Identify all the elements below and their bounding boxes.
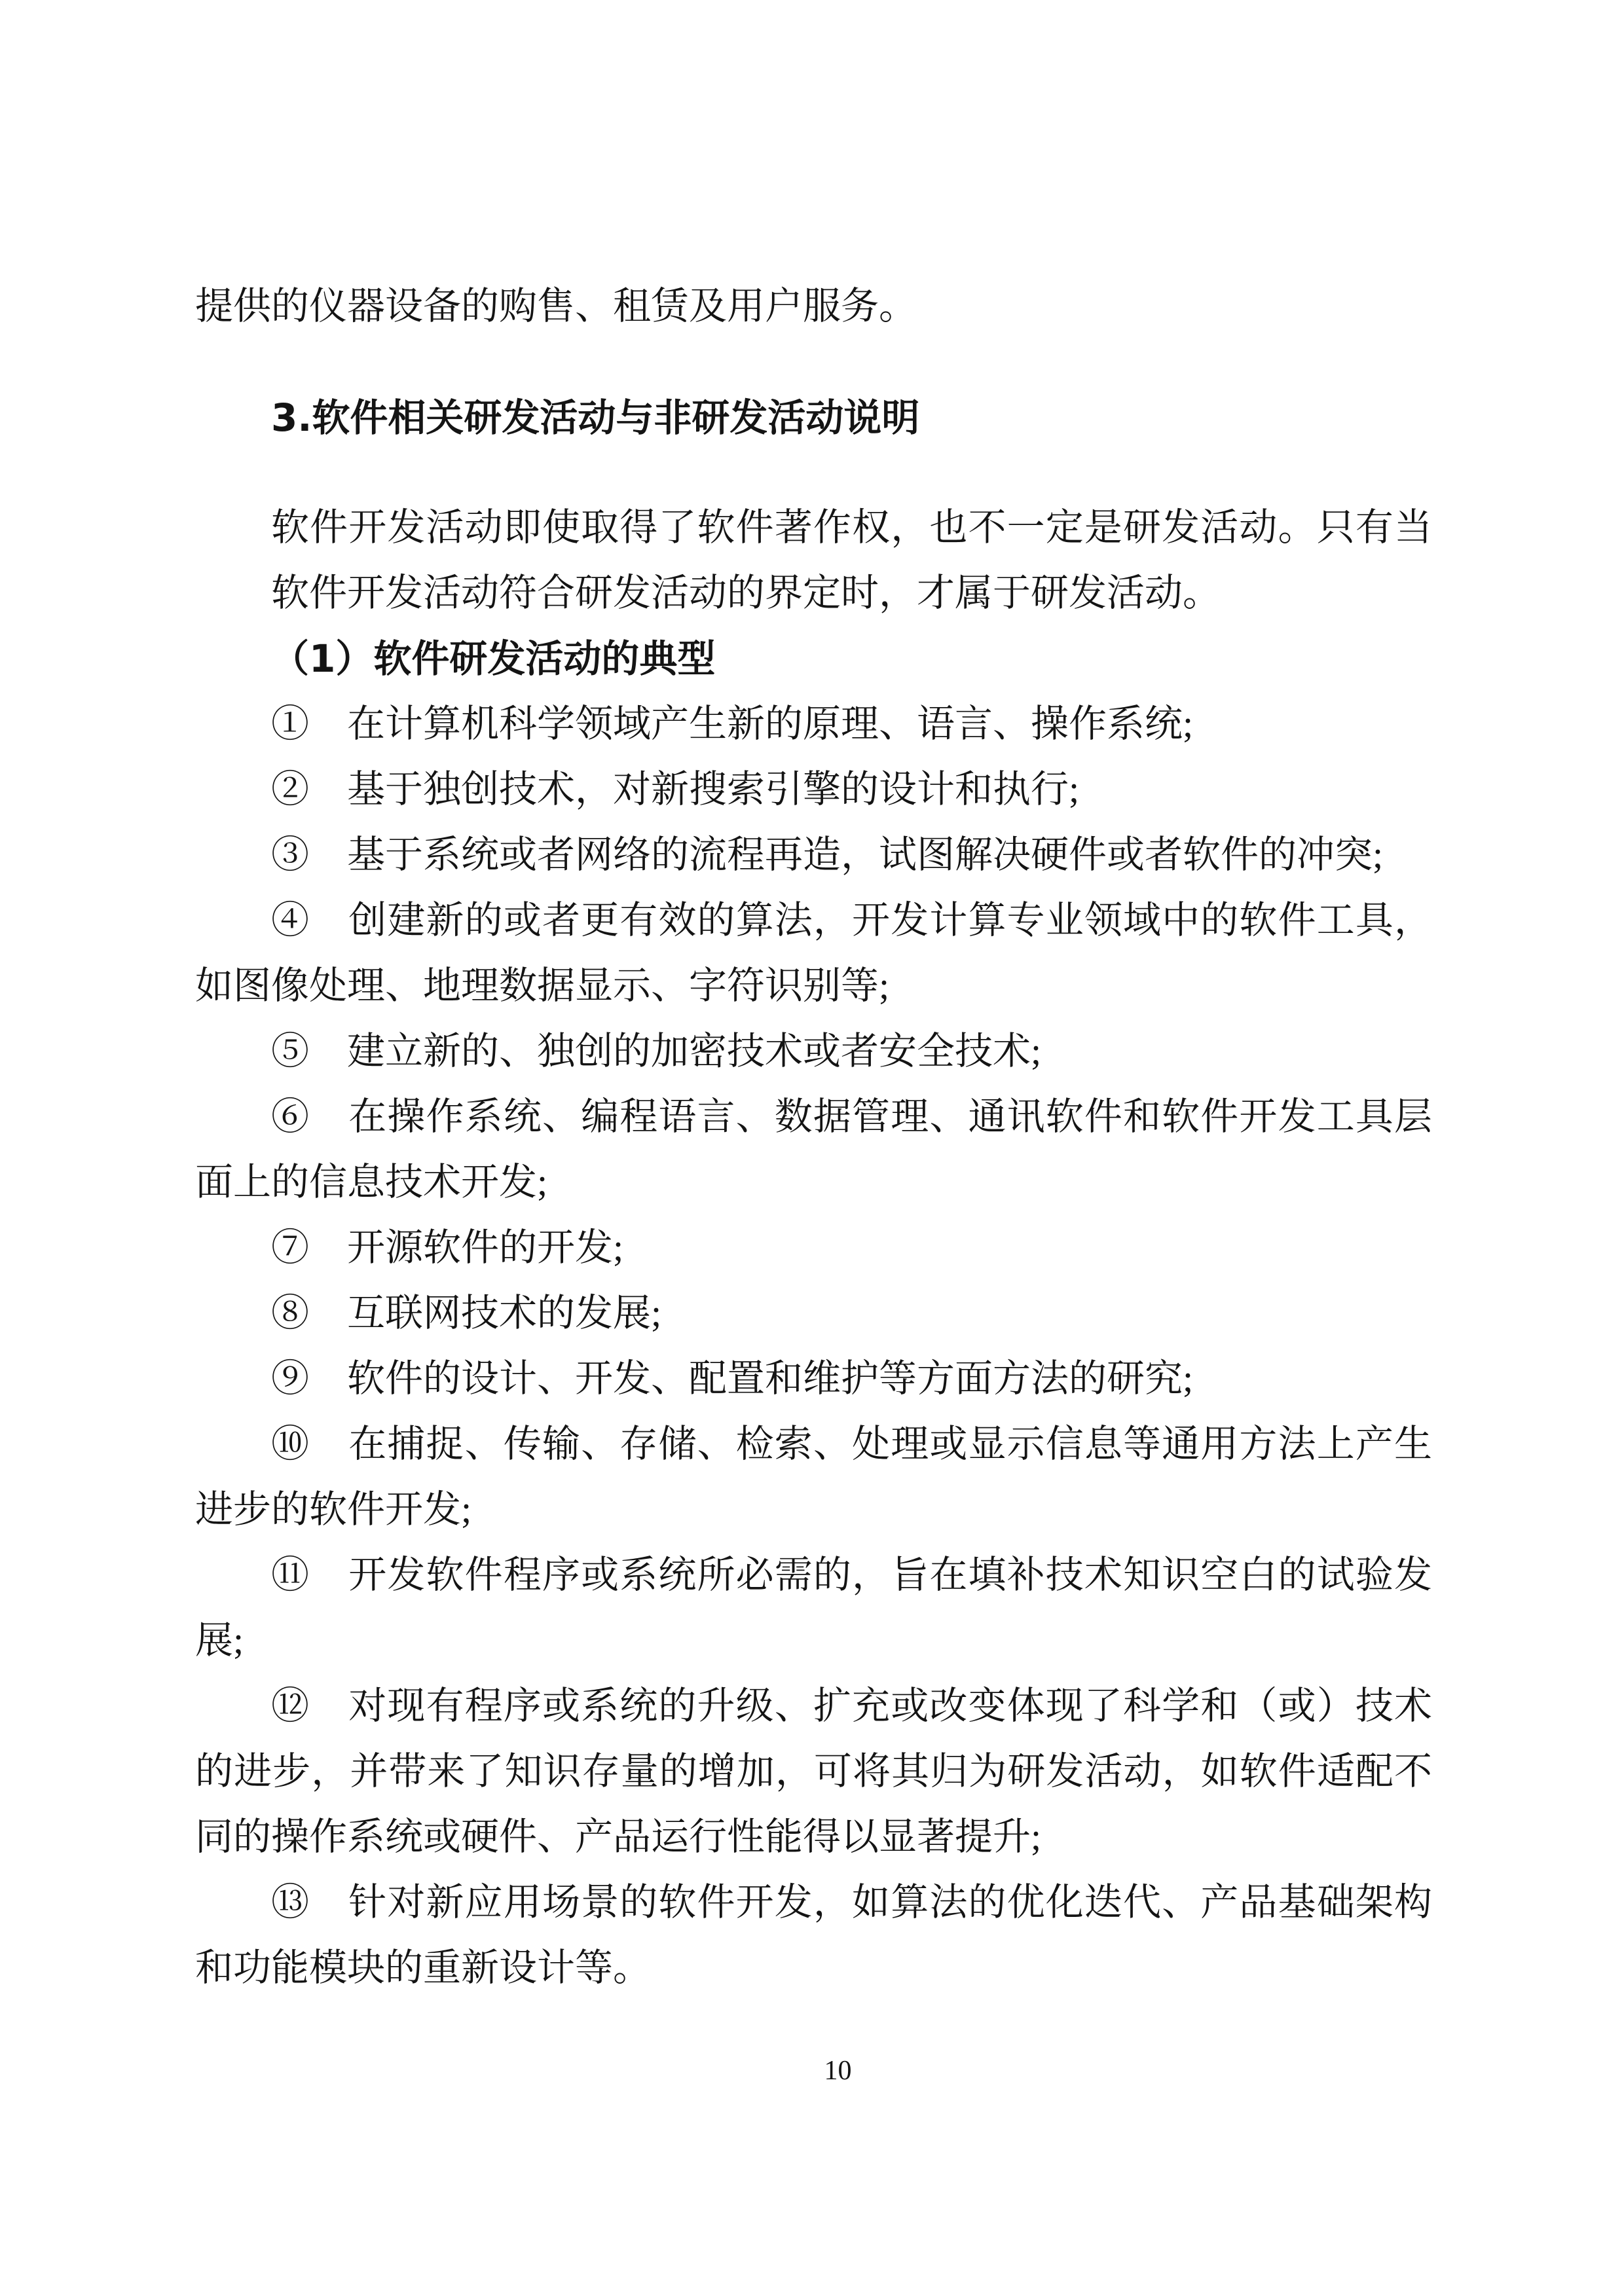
section-heading: 3.软件相关研发活动与非研发活动说明: [195, 385, 1432, 450]
list-item-5: ⑤ 建立新的、独创的加密技术或者安全技术;: [195, 1019, 1432, 1084]
list-item-4-cont: 如图像处理、地理数据显示、字符识别等;: [195, 953, 1432, 1019]
list-item-3: ③ 基于系统或者网络的流程再造，试图解决硬件或者软件的冲突;: [195, 822, 1432, 888]
list-item-6: ⑥ 在操作系统、编程语言、数据管理、通讯软件和软件开发工具层: [195, 1084, 1432, 1150]
list-item-10: ⑩ 在捕捉、传输、存储、检索、处理或显示信息等通用方法上产生: [195, 1412, 1432, 1477]
list-item-4: ④ 创建新的或者更有效的算法，开发计算专业领域中的软件工具，: [195, 888, 1432, 953]
list-item-7: ⑦ 开源软件的开发;: [195, 1215, 1432, 1281]
paragraph-line: 软件开发活动即使取得了软件著作权，也不一定是研发活动。只有当: [195, 495, 1432, 560]
list-item-2: ② 基于独创技术，对新搜索引擎的设计和执行;: [195, 757, 1432, 822]
document-page: 提供的仪器设备的购售、租赁及用户服务。 3.软件相关研发活动与非研发活动说明 软…: [0, 0, 1624, 2296]
document-body: 提供的仪器设备的购售、租赁及用户服务。 3.软件相关研发活动与非研发活动说明 软…: [195, 274, 1432, 2001]
paragraph-line: 软件开发活动符合研发活动的界定时，才属于研发活动。: [195, 560, 1432, 626]
list-item-12: ⑫ 对现有程序或系统的升级、扩充或改变体现了科学和（或）技术: [195, 1673, 1432, 1739]
list-item-11-cont: 展;: [195, 1608, 1432, 1673]
page-number: 10: [0, 2054, 1624, 2087]
list-item-13: ⑬ 针对新应用场景的软件开发，如算法的优化迭代、产品基础架构: [195, 1870, 1432, 1935]
list-item-12-cont: 的进步，并带来了知识存量的增加，可将其归为研发活动，如软件适配不: [195, 1739, 1432, 1804]
list-item-1: ① 在计算机科学领域产生新的原理、语言、操作系统;: [195, 691, 1432, 757]
list-item-9: ⑨ 软件的设计、开发、配置和维护等方面方法的研究;: [195, 1346, 1432, 1412]
list-item-8: ⑧ 互联网技术的发展;: [195, 1281, 1432, 1346]
list-item-12-cont2: 同的操作系统或硬件、产品运行性能得以显著提升;: [195, 1804, 1432, 1870]
paragraph-line: 提供的仪器设备的购售、租赁及用户服务。: [195, 274, 1432, 339]
list-item-6-cont: 面上的信息技术开发;: [195, 1150, 1432, 1215]
list-item-10-cont: 进步的软件开发;: [195, 1477, 1432, 1542]
list-item-11: ⑪ 开发软件程序或系统所必需的，旨在填补技术知识空白的试验发: [195, 1542, 1432, 1608]
subsection-heading: （1）软件研发活动的典型: [195, 626, 1432, 691]
list-item-13-cont: 和功能模块的重新设计等。: [195, 1935, 1432, 2001]
